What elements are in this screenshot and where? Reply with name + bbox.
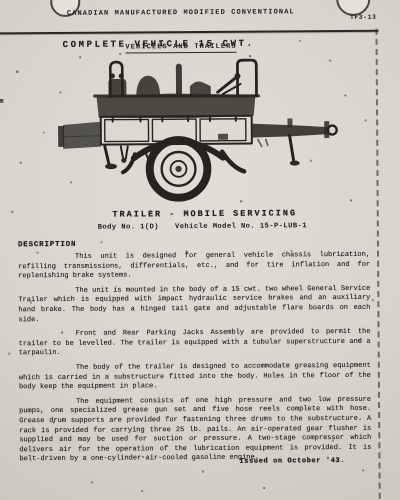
scanned-page: CANADIAN MANUFACTURED MODIFIED CONVENTIO… [0, 0, 400, 500]
figure-caption: TRAILER - MOBILE SERVICING [60, 208, 350, 220]
body-number: Body No. 1(D) [98, 223, 159, 231]
issued-date: Issued on October '43. [239, 457, 345, 466]
doc-ref-code: TF3-13 [350, 14, 376, 21]
trailer-drawing [51, 55, 340, 207]
description-paragraph: The body of the trailer is designed to a… [19, 362, 371, 393]
vehicle-model-number: Vehicle Model No. 15-P-LUB-1 [175, 222, 307, 231]
description-section: DESCRIPTION This unit is designed for ge… [18, 239, 372, 470]
description-heading: DESCRIPTION [18, 239, 370, 249]
description-paragraph: The equipment consists of one high press… [19, 396, 371, 466]
document-header: CANADIAN MANUFACTURED MODIFIED CONVENTIO… [0, 0, 398, 32]
trailer-illustration-svg [51, 55, 340, 207]
figure-subcaption: Body No. 1(D) Vehicle Model No. 15-P-LUB… [40, 222, 365, 232]
description-paragraph: The unit is mounted in the body of a 15 … [18, 285, 370, 326]
header-title-line1: CANADIAN MANUFACTURED MODIFIED CONVENTIO… [0, 8, 363, 19]
page-edge-line [375, 29, 380, 499]
description-paragraph: Front and Rear Parking Jacks Assembly ar… [19, 328, 371, 359]
description-paragraph: This unit is designed for general vehicl… [18, 251, 370, 282]
